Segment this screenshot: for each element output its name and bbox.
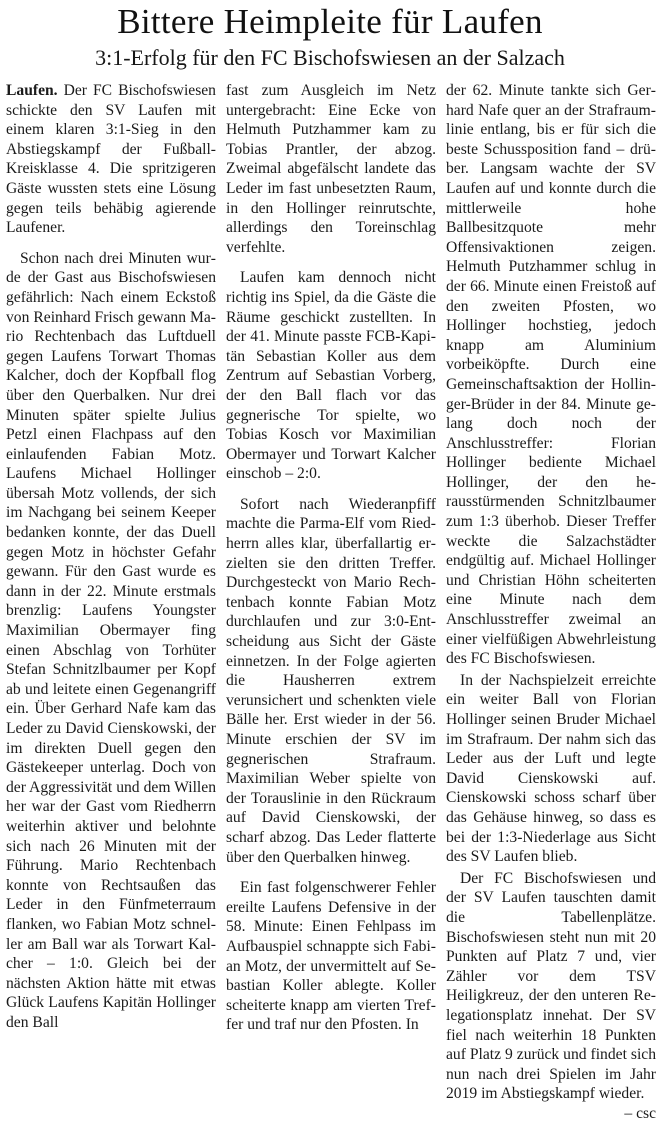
subheadline: 3:1-Erfolg für den FC Bischofswiesen an … xyxy=(0,44,660,72)
column-2: fast zum Ausgleich im Netz unter­gebrach… xyxy=(226,81,436,859)
paragraph-text: Der FC Bischofswiesen schickte den SV La… xyxy=(6,82,216,236)
column-1: Laufen. Der FC Bischofswiesen schickte d… xyxy=(6,81,216,859)
paragraph: der 62. Minute tankte sich Ger­hard Nafe… xyxy=(446,81,656,669)
paragraph: In der Nachspielzeit erreichte ein weite… xyxy=(446,671,656,859)
column-3: der 62. Minute tankte sich Ger­hard Nafe… xyxy=(446,81,656,859)
paragraph: Laufen. Der FC Bischofswiesen schickte d… xyxy=(6,81,216,238)
article-body: Laufen. Der FC Bischofswiesen schickte d… xyxy=(6,81,656,859)
paragraph: fast zum Ausgleich im Netz unter­gebrach… xyxy=(226,81,436,257)
dateline: Laufen. xyxy=(6,82,58,99)
headline: Bittere Heimpleite für Laufen xyxy=(0,0,660,42)
paragraph: Laufen kam dennoch nicht richtig ins Spi… xyxy=(226,268,436,484)
paragraph: Schon nach drei Minuten wur­de der Gast … xyxy=(6,249,216,859)
paragraph: Sofort nach Wiederanpfiff machte die Par… xyxy=(226,495,436,859)
